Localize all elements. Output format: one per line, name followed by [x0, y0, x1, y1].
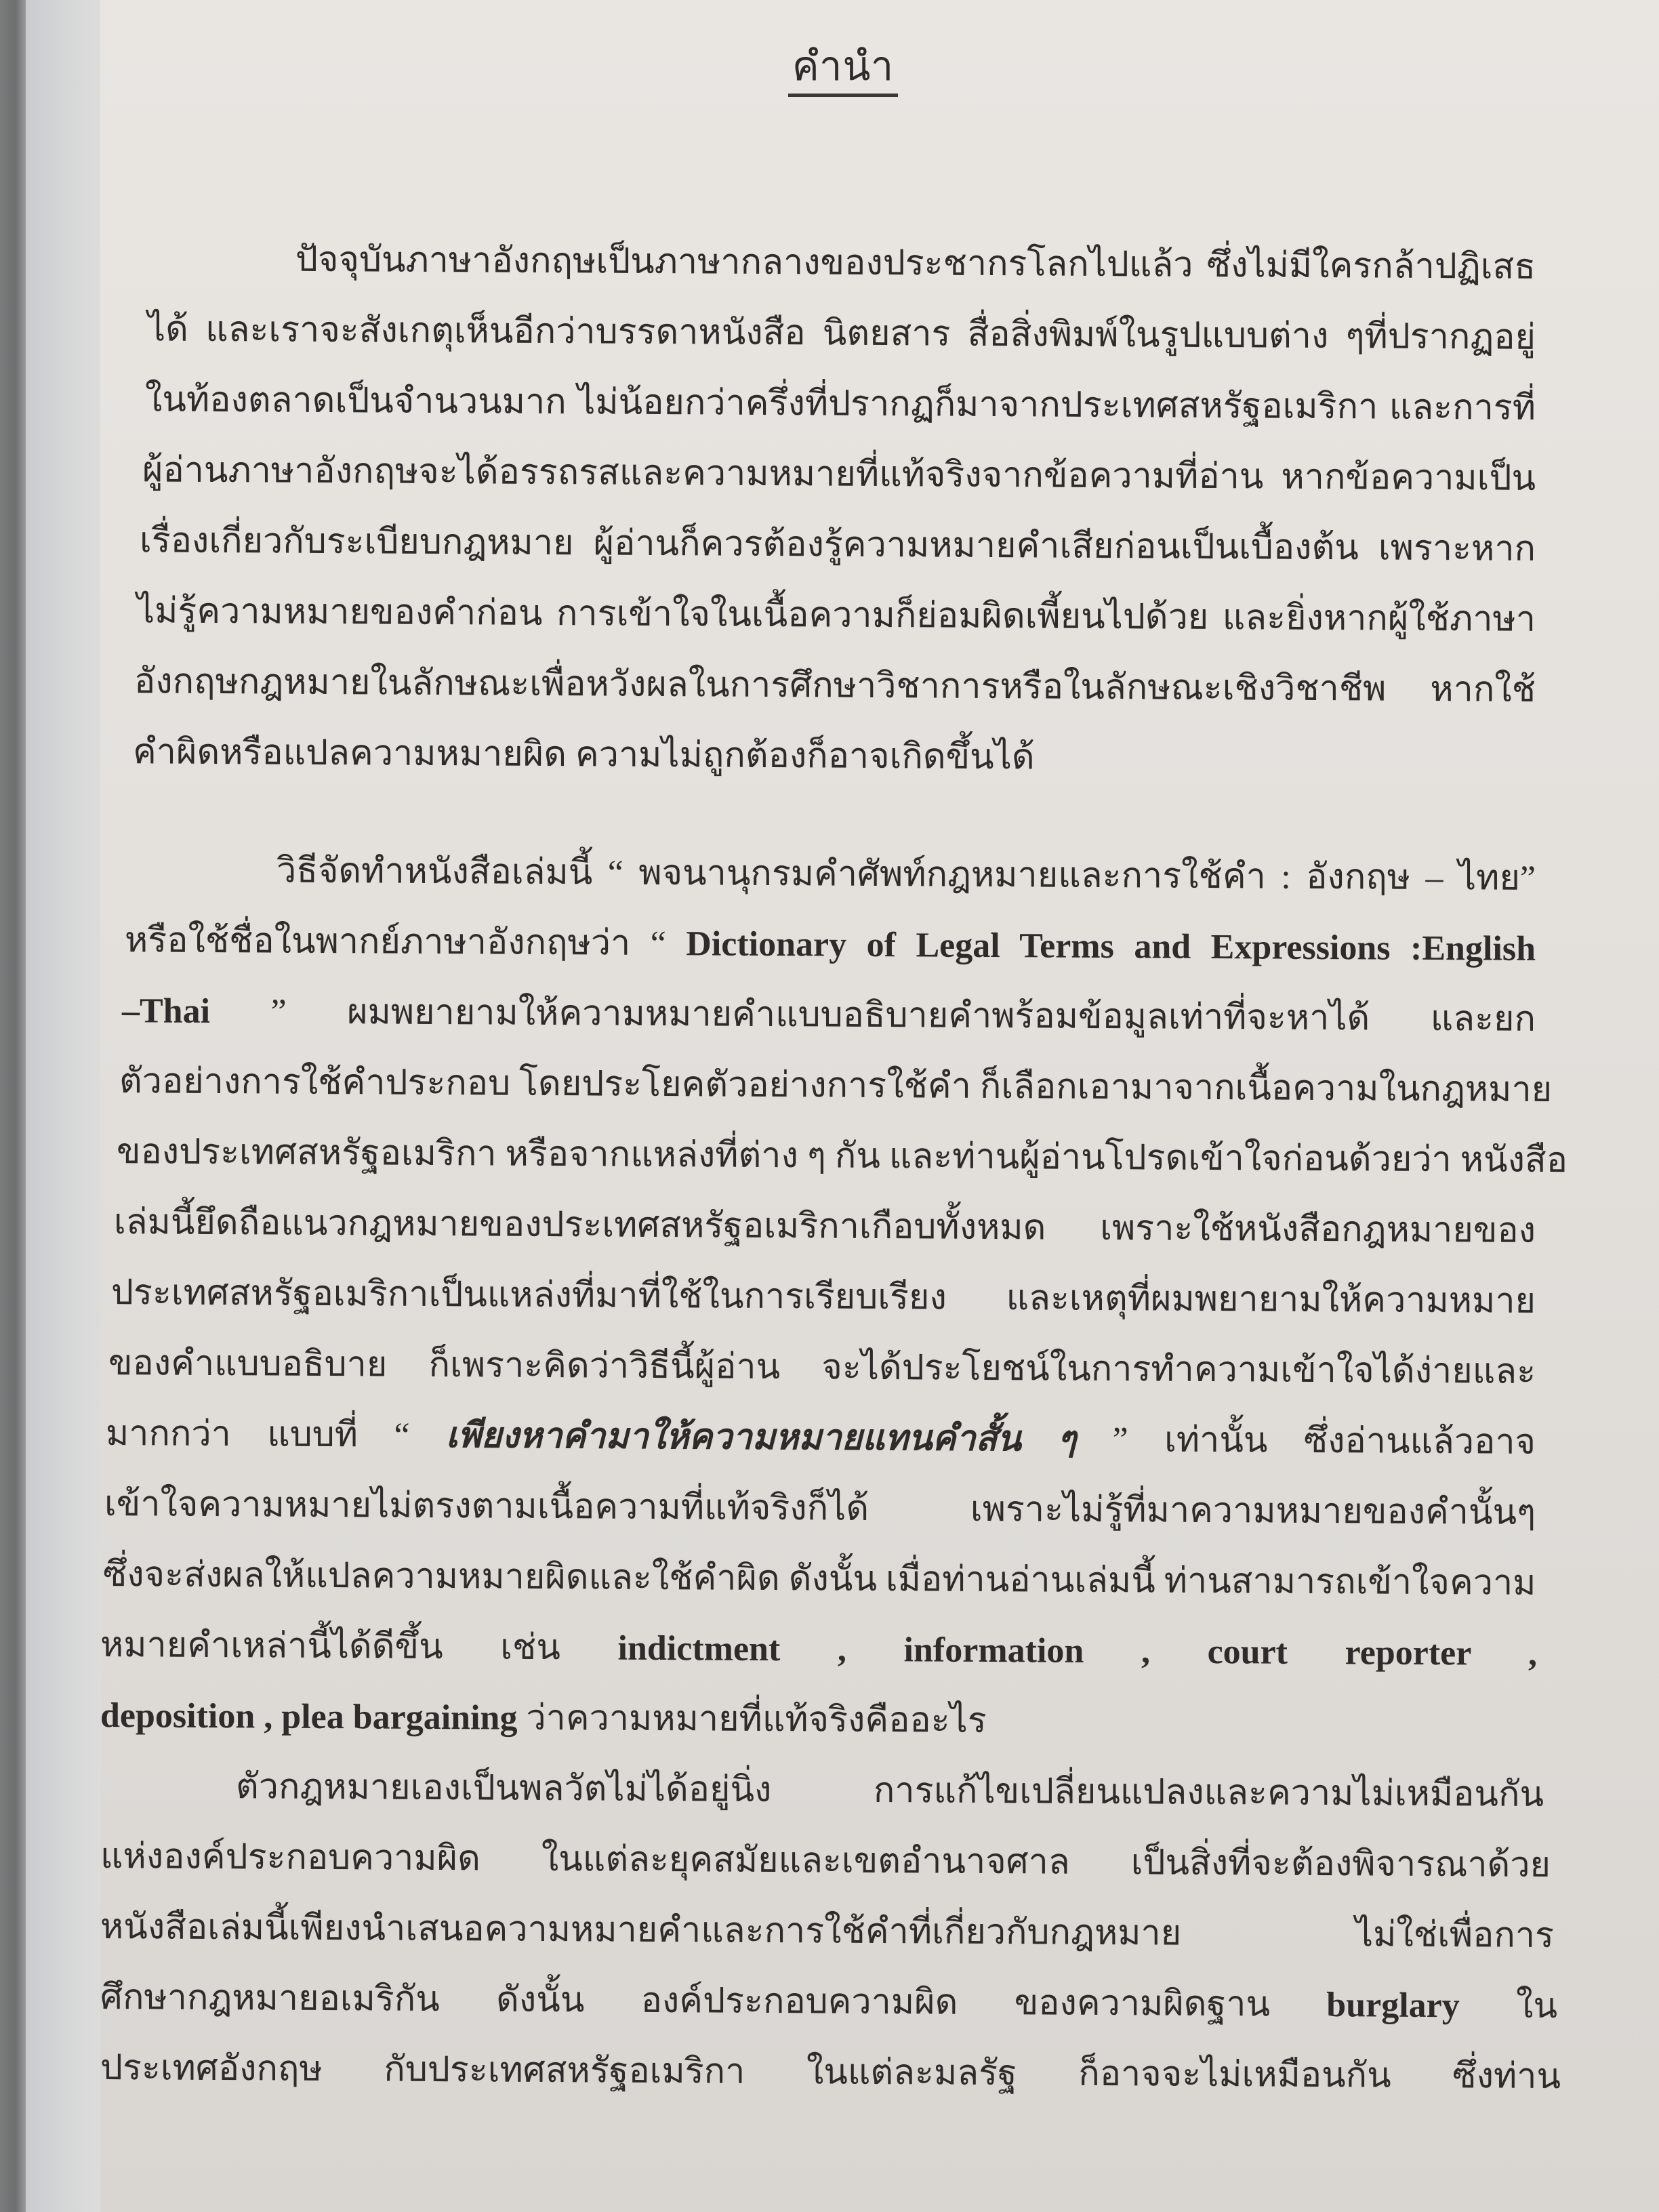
- text-line: หนังสือเล่มนี้เพียงนำเสนอความหมายคำและกา…: [100, 1892, 1554, 1971]
- text-line: ในท้องตลาดเป็นจำนวนมาก ไม่น้อยกว่าครึ่งท…: [100, 365, 1536, 444]
- text-span: ว่าความหมายที่แท้จริงคืออะไร: [517, 1699, 986, 1740]
- text-line: ของคำแบบอธิบาย ก็เพราะคิดว่าวิธีนี้ผู้อ่…: [100, 1328, 1536, 1408]
- text-line: หมายคำเหล่านี้ได้ดีขึ้น เช่น indictment …: [100, 1610, 1537, 1689]
- text-span: ” เท่านั้น ซึ่งอ่านแล้วอาจ: [1076, 1420, 1536, 1462]
- page-title: คำนำ: [100, 39, 1659, 97]
- page-title-text: คำนำ: [788, 39, 899, 97]
- text-line: –Thai ” ผมพยายามให้ความหมายคำแบบอธิบายคำ…: [100, 976, 1536, 1055]
- text-line: deposition , plea bargaining ว่าความหมาย…: [100, 1681, 1537, 1760]
- legal-term: burglary: [1326, 1986, 1459, 2025]
- text-span: ใน: [1460, 1986, 1557, 2026]
- paragraph-2: วิธีจัดทำหนังสือเล่มนี้ “ พจนานุกรมคำศัพ…: [100, 835, 1659, 1761]
- text-line: ปัจจุบันภาษาอังกฤษเป็นภาษากลางของประชากร…: [100, 224, 1536, 303]
- text-line: เล่มนี้ยึดถือแนวกฎหมายของประเทศสหรัฐอเมร…: [100, 1187, 1536, 1267]
- text-span: หรือใช้ชื่อในพากย์ภาษาอังกฤษว่า “: [125, 921, 686, 963]
- text-line: ได้ และเราจะสังเกตุเห็นอีกว่าบรรดาหนังสื…: [100, 294, 1536, 373]
- text-line: อังกฤษกฎหมายในลักษณะเพื่อหวังผลในการศึกษ…: [100, 647, 1536, 726]
- text-span: มากกว่า แบบที่ “: [106, 1414, 446, 1455]
- text-span: ศึกษากฎหมายอเมริกัน ดังนั้น องค์ประกอบคว…: [100, 1978, 1326, 2024]
- paragraph-3: ตัวกฎหมายเองเป็นพลวัตไม่ได้อยู่นิ่ง การแ…: [100, 1751, 1659, 2113]
- legal-terms-list: deposition , plea bargaining: [100, 1696, 517, 1738]
- page-body: ปัจจุบันภาษาอังกฤษเป็นภาษากลางของประชากร…: [100, 224, 1659, 2113]
- text-line: ตัวอย่างการใช้คำประกอบ โดยประโยคตัวอย่าง…: [100, 1046, 1536, 1126]
- text-line: เรื่องเกี่ยวกับระเบียบกฎหมาย ผู้อ่านก็คว…: [100, 506, 1536, 585]
- text-line: ประเทศสหรัฐอเมริกาเป็นแหล่งที่มาที่ใช้ใน…: [100, 1258, 1536, 1337]
- emphasized-quote: เพียงหาคำมาให้ความหมายแทนคำสั้น ๆ: [446, 1416, 1076, 1459]
- text-line: ผู้อ่านภาษาอังกฤษจะได้อรรถรสและความหมายท…: [100, 435, 1536, 514]
- book-binding-shadow: [0, 0, 26, 2212]
- book-english-title-end: –Thai: [122, 991, 210, 1031]
- text-line: ประเทศอังกฤษ กับประเทศสหรัฐอเมริกา ในแต่…: [100, 2033, 1561, 2112]
- book-page: คำนำ ปัจจุบันภาษาอังกฤษเป็นภาษากลางของปร…: [100, 0, 1659, 2212]
- text-line: มากกว่า แบบที่ “ เพียงหาคำมาให้ความหมายแ…: [100, 1399, 1536, 1478]
- text-line: ไม่รู้ความหมายของคำก่อน การเข้าใจในเนื้อ…: [100, 576, 1536, 655]
- text-line: วิธีจัดทำหนังสือเล่มนี้ “ พจนานุกรมคำศัพ…: [100, 835, 1536, 914]
- text-line: ซึ่งจะส่งผลให้แปลความหมายผิดและใช้คำผิด …: [100, 1540, 1536, 1619]
- text-span: หมายคำเหล่านี้ได้ดีขึ้น เช่น: [100, 1626, 618, 1668]
- text-line: ของประเทศสหรัฐอเมริกา หรือจากแหล่งที่ต่า…: [100, 1117, 1536, 1196]
- text-line: ศึกษากฎหมายอเมริกัน ดังนั้น องค์ประกอบคว…: [100, 1963, 1557, 2042]
- text-line: หรือใช้ชื่อในพากย์ภาษาอังกฤษว่า “ Dictio…: [100, 905, 1536, 985]
- text-line: ตัวกฎหมายเองเป็นพลวัตไม่ได้อยู่นิ่ง การแ…: [100, 1751, 1544, 1830]
- paragraph-1: ปัจจุบันภาษาอังกฤษเป็นภาษากลางของประชากร…: [100, 224, 1659, 797]
- text-line: เข้าใจความหมายไม่ตรงตามเนื้อความที่แท้จร…: [100, 1469, 1536, 1549]
- text-span: ” ผมพยายามให้ความหมายคำแบบอธิบายคำพร้อมข…: [210, 992, 1536, 1039]
- text-line: แห่งองค์ประกอบความผิด ในแต่ละยุคสมัยและเ…: [100, 1822, 1551, 1901]
- legal-terms-list: indictment , information , court reporte…: [618, 1629, 1537, 1673]
- page-edge: [26, 0, 100, 2212]
- book-english-title: Dictionary of Legal Terms and Expression…: [686, 924, 1536, 968]
- text-line: คำผิดหรือแปลความหมายผิด ความไม่ถูกต้องก็…: [100, 717, 1536, 796]
